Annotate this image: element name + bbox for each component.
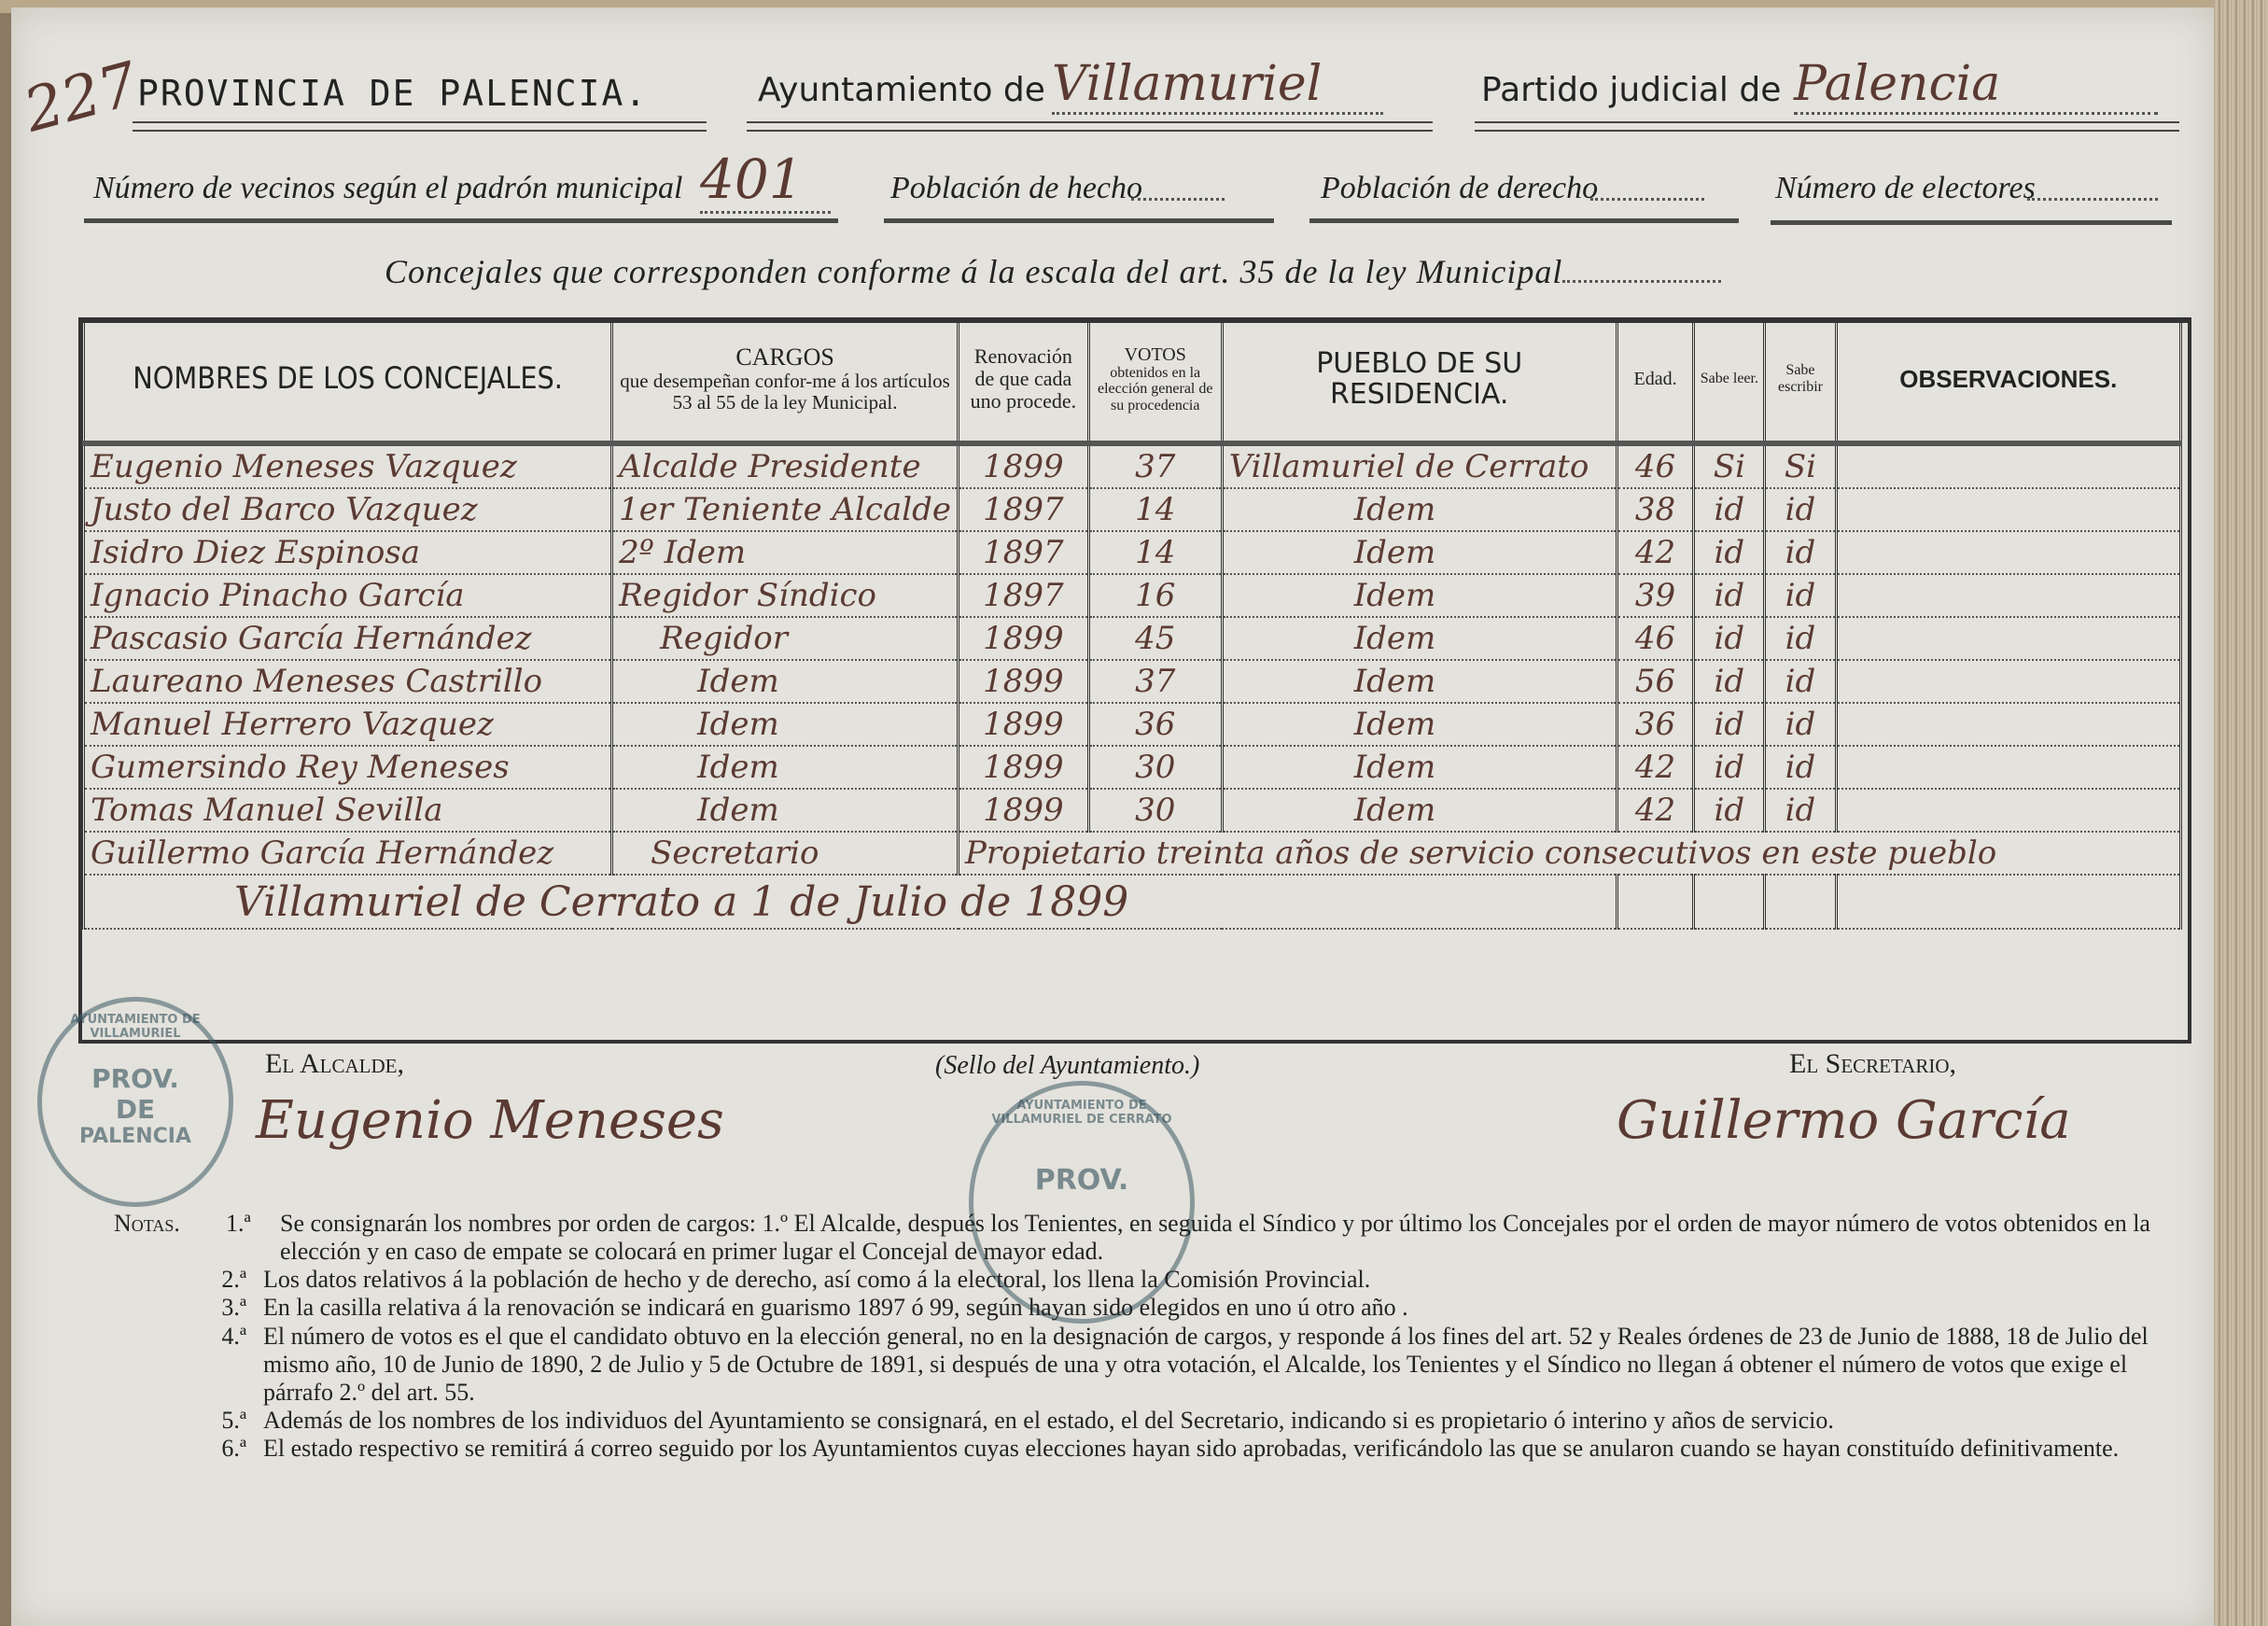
cell-cargo: Idem (612, 789, 959, 832)
cell-leer: id (1694, 574, 1765, 617)
cell-votos: 16 (1088, 574, 1222, 617)
cell-escribir: id (1765, 746, 1836, 789)
rule (747, 121, 1433, 132)
cell-leer: id (1694, 660, 1765, 703)
cell-votos: 37 (1088, 660, 1222, 703)
note-item: 5.ª Además de los nombres de los individ… (114, 1407, 2195, 1435)
col-edad: Edad. (1617, 317, 1694, 443)
cell-cargo: Idem (612, 660, 959, 703)
cell-pueblo: Idem (1222, 660, 1617, 703)
vecinos-value: 401 (700, 147, 831, 214)
cell-edad: 42 (1617, 746, 1694, 789)
poblacion-derecho-value (1590, 194, 1704, 201)
cell-secretario-nota: Propietario treinta años de servicio con… (959, 832, 2181, 875)
table-row: Eugenio Meneses Vazquez Alcalde Presiden… (84, 443, 2181, 488)
cell-renovacion: 1897 (959, 574, 1089, 617)
table-row: Laureano Meneses Castrillo Idem 1899 37 … (84, 660, 2181, 703)
cell-escribir: Si (1765, 443, 1836, 488)
col-cargos: CARGOS que desempeñan confor-me á los ar… (612, 317, 959, 443)
stamp-left: AYUNTAMIENTO DE VILLAMURIEL PROV. DE PAL… (37, 997, 233, 1207)
cell-nombre: Eugenio Meneses Vazquez (84, 443, 612, 488)
vecinos-label: Número de vecinos según el padrón munici… (93, 171, 682, 206)
notes-label: Notas. (114, 1210, 226, 1266)
rule (133, 121, 707, 132)
cell-edad: 42 (1617, 531, 1694, 574)
cell-escribir: id (1765, 789, 1836, 832)
electores-value (2027, 194, 2158, 201)
note-item: Notas. 1.ª Se consignarán los nombres po… (114, 1210, 2195, 1266)
cell-leer: id (1694, 746, 1765, 789)
cell-edad: 46 (1617, 617, 1694, 660)
rule (884, 218, 1274, 223)
cell-renovacion: 1899 (959, 660, 1089, 703)
cell-pueblo: Idem (1222, 531, 1617, 574)
cell-votos: 45 (1088, 617, 1222, 660)
cell-pueblo: Villamuriel de Cerrato (1222, 443, 1617, 488)
cell-observaciones (1836, 660, 2180, 703)
note-item: 4.ª El número de votos es el que el cand… (114, 1323, 2195, 1407)
cell-leer: id (1694, 703, 1765, 746)
poblacion-hecho-value (1131, 194, 1225, 201)
cell-renovacion: 1897 (959, 488, 1089, 531)
col-sabe-leer: Sabe leer. (1694, 317, 1765, 443)
cell-edad: 38 (1617, 488, 1694, 531)
cell-edad: 46 (1617, 443, 1694, 488)
cell-observaciones (1836, 531, 2180, 574)
rule (84, 218, 838, 223)
cell-observaciones (1836, 617, 2180, 660)
cell-nombre: Manuel Herrero Vazquez (84, 703, 612, 746)
cell-renovacion: 1899 (959, 703, 1089, 746)
ayuntamiento-value: Villamuriel (1052, 56, 1383, 115)
cell-pueblo: Idem (1222, 617, 1617, 660)
note-item: 2.ª Los datos relativos á la población d… (114, 1266, 2195, 1294)
cell-nombre: Ignacio Pinacho García (84, 574, 612, 617)
cell-nombre: Gumersindo Rey Meneses (84, 746, 612, 789)
cell-renovacion: 1897 (959, 531, 1089, 574)
secretario-label: El Secretario, (1789, 1048, 1956, 1080)
cell-nombre: Justo del Barco Vazquez (84, 488, 612, 531)
cell-cargo: 1er Teniente Alcalde (612, 488, 959, 531)
cell-votos: 30 (1088, 789, 1222, 832)
cell-leer: id (1694, 789, 1765, 832)
cell-pueblo: Idem (1222, 789, 1617, 832)
province-title: PROVINCIA DE PALENCIA. (137, 73, 648, 114)
concejales-table: NOMBRES DE LOS CONCEJALES. CARGOS que de… (82, 317, 2182, 930)
table-row: Manuel Herrero Vazquez Idem 1899 36 Idem… (84, 703, 2181, 746)
poblacion-derecho-label: Población de derecho (1321, 171, 1598, 206)
secretario-signature: Guillermo García (1617, 1090, 2071, 1151)
alcalde-label: El Alcalde, (265, 1048, 404, 1080)
poblacion-hecho-label: Población de hecho (890, 171, 1142, 206)
col-observaciones: OBSERVACIONES. (1836, 317, 2180, 443)
table-row: Pascasio García Hernández Regidor 1899 4… (84, 617, 2181, 660)
note-item: 6.ª El estado respectivo se remitirá á c… (114, 1435, 2195, 1463)
cell-cargo: Regidor Síndico (612, 574, 959, 617)
col-pueblo: PUEBLO DE SU RESIDENCIA. (1222, 317, 1617, 443)
rule (1309, 218, 1739, 223)
cell-pueblo: Idem (1222, 574, 1617, 617)
cell-escribir: id (1765, 488, 1836, 531)
cell-observaciones (1836, 703, 2180, 746)
cell-leer: id (1694, 488, 1765, 531)
cell-votos: 30 (1088, 746, 1222, 789)
cell-votos: 14 (1088, 531, 1222, 574)
cell-nombre: Pascasio García Hernández (84, 617, 612, 660)
cell-pueblo: Idem (1222, 703, 1617, 746)
cell-escribir: id (1765, 531, 1836, 574)
book-page-edge (2214, 0, 2268, 1626)
notes-section: Notas. 1.ª Se consignarán los nombres po… (114, 1210, 2195, 1463)
cell-cargo: Idem (612, 703, 959, 746)
cell-edad: 42 (1617, 789, 1694, 832)
cell-pueblo: Idem (1222, 746, 1617, 789)
cell-cargo: Idem (612, 746, 959, 789)
handwritten-page-number: 227 (18, 49, 146, 146)
cell-edad: 36 (1617, 703, 1694, 746)
cell-escribir: id (1765, 660, 1836, 703)
cell-observaciones (1836, 746, 2180, 789)
col-sabe-escribir: Sabe escribir (1765, 317, 1836, 443)
cell-observaciones (1836, 488, 2180, 531)
cell-cargo: Secretario (612, 832, 959, 875)
date-line: Villamuriel de Cerrato a 1 de Julio de 1… (84, 875, 1617, 929)
cell-pueblo: Idem (1222, 488, 1617, 531)
table-row: Ignacio Pinacho García Regidor Síndico 1… (84, 574, 2181, 617)
cell-renovacion: 1899 (959, 789, 1089, 832)
cell-escribir: id (1765, 574, 1836, 617)
partido-value: Palencia (1794, 56, 2158, 115)
table-subtitle: Concejales que corresponden conforme á l… (385, 252, 1721, 291)
alcalde-signature: Eugenio Meneses (256, 1090, 724, 1151)
cell-nombre: Isidro Diez Espinosa (84, 531, 612, 574)
cell-observaciones (1836, 789, 2180, 832)
note-item: 3.ª En la casilla relativa á la renovaci… (114, 1294, 2195, 1322)
cell-nombre: Laureano Meneses Castrillo (84, 660, 612, 703)
ayuntamiento-label: Ayuntamiento de (758, 71, 1045, 109)
cell-renovacion: 1899 (959, 746, 1089, 789)
cell-leer: Si (1694, 443, 1765, 488)
electores-label: Número de electores (1775, 171, 2036, 206)
cell-renovacion: 1899 (959, 443, 1089, 488)
rule (1475, 121, 2179, 132)
table-row: Gumersindo Rey Meneses Idem 1899 30 Idem… (84, 746, 2181, 789)
cell-votos: 14 (1088, 488, 1222, 531)
cell-edad: 39 (1617, 574, 1694, 617)
cell-leer: id (1694, 531, 1765, 574)
cell-renovacion: 1899 (959, 617, 1089, 660)
table-row: Isidro Diez Espinosa 2º Idem 1897 14 Ide… (84, 531, 2181, 574)
col-votos: VOTOS obtenidos en la elección general d… (1088, 317, 1222, 443)
secretario-row: Guillermo García Hernández Secretario Pr… (84, 832, 2181, 875)
partido-label: Partido judicial de (1481, 71, 1781, 109)
cell-cargo: Alcalde Presidente (612, 443, 959, 488)
cell-votos: 37 (1088, 443, 1222, 488)
cell-observaciones (1836, 574, 2180, 617)
cell-cargo: 2º Idem (612, 531, 959, 574)
cell-nombre: Guillermo García Hernández (84, 832, 612, 875)
cell-cargo: Regidor (612, 617, 959, 660)
cell-escribir: id (1765, 703, 1836, 746)
cell-leer: id (1694, 617, 1765, 660)
cell-votos: 36 (1088, 703, 1222, 746)
col-nombres: NOMBRES DE LOS CONCEJALES. (84, 317, 612, 443)
col-renovacion: Renovación de que cada uno procede. (959, 317, 1089, 443)
cell-observaciones (1836, 443, 2180, 488)
document-page: 227 PROVINCIA DE PALENCIA. Ayuntamiento … (11, 7, 2214, 1626)
table-row: Tomas Manuel Sevilla Idem 1899 30 Idem 4… (84, 789, 2181, 832)
date-row: Villamuriel de Cerrato a 1 de Julio de 1… (84, 875, 2181, 929)
sello-label: (Sello del Ayuntamiento.) (935, 1051, 1199, 1081)
rule (1771, 220, 2172, 225)
cell-escribir: id (1765, 617, 1836, 660)
cell-edad: 56 (1617, 660, 1694, 703)
table-row: Justo del Barco Vazquez 1er Teniente Alc… (84, 488, 2181, 531)
cell-nombre: Tomas Manuel Sevilla (84, 789, 612, 832)
